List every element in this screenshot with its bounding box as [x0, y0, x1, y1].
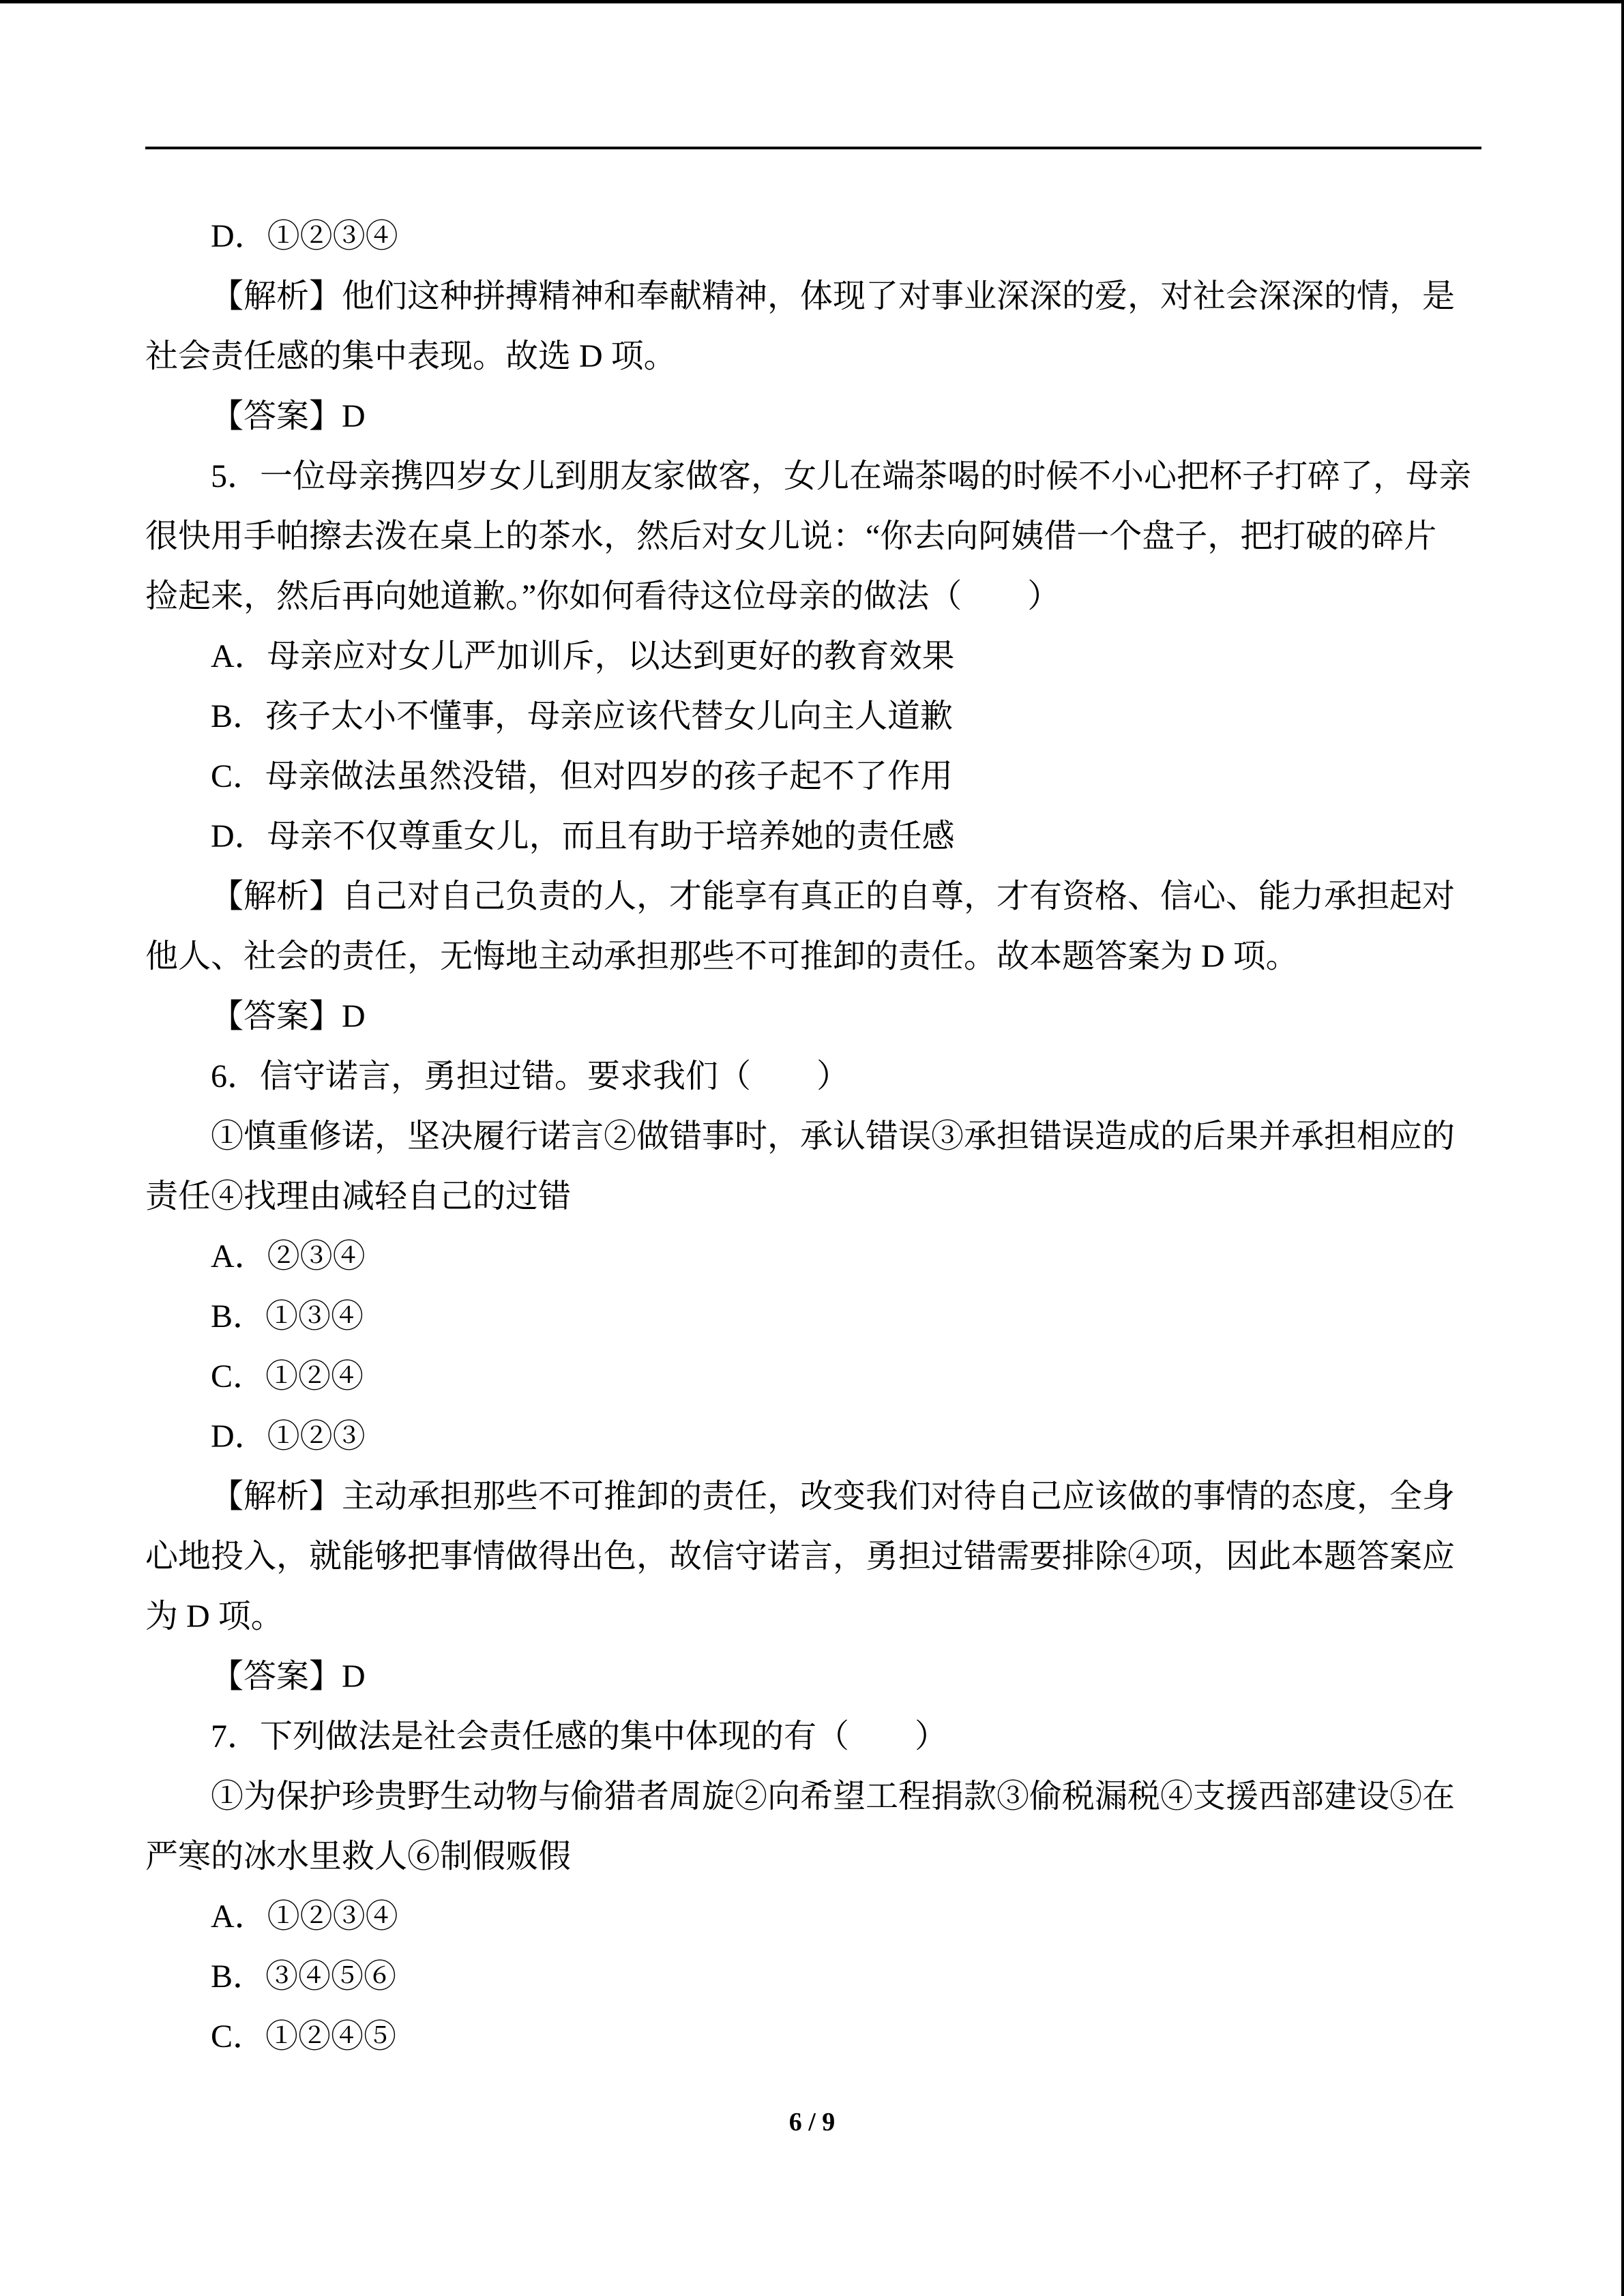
q6-analysis-line-2: 心地投入，就能够把事情做得出色，故信守诺言，勇担过错需要排除④项，因此本题答案应 — [145, 1527, 1481, 1587]
q4-option-d: D．①②③④ — [145, 207, 1481, 267]
q5-stem-line-2: 很快用手帕擦去泼在桌上的茶水，然后对女儿说：“你去向阿姨借一个盘子，把打破的碎片 — [145, 507, 1481, 567]
q5-answer: 【答案】D — [145, 987, 1481, 1047]
q7-option-a: A．①②③④ — [145, 1887, 1481, 1947]
q6-items-line-2: 责任④找理由减轻自己的过错 — [145, 1167, 1481, 1227]
page-footer: 6 / 9 — [0, 2107, 1624, 2137]
q5-stem-line-1: 5．一位母亲携四岁女儿到朋友家做客，女儿在端茶喝的时候不小心把杯子打碎了，母亲 — [145, 447, 1481, 507]
q4-analysis-line-1: 【解析】他们这种拼搏精神和奉献精神，体现了对事业深深的爱，对社会深深的情，是 — [145, 267, 1481, 327]
header-rule — [145, 147, 1481, 149]
q4-analysis-line-2: 社会责任感的集中表现。故选 D 项。 — [145, 327, 1481, 387]
q6-option-b: B．①③④ — [145, 1287, 1481, 1347]
q6-answer: 【答案】D — [145, 1647, 1481, 1707]
q6-option-d: D．①②③ — [145, 1407, 1481, 1467]
q7-stem: 7．下列做法是社会责任感的集中体现的有（ ） — [145, 1707, 1481, 1767]
page-right-border — [1621, 0, 1624, 2296]
q6-analysis-line-3: 为 D 项。 — [145, 1587, 1481, 1647]
q5-analysis-line-2: 他人、社会的责任，无悔地主动承担那些不可推卸的责任。故本题答案为 D 项。 — [145, 927, 1481, 987]
content-area: D．①②③④ 【解析】他们这种拼搏精神和奉献精神，体现了对事业深深的爱，对社会深… — [145, 207, 1481, 2067]
q5-analysis-line-1: 【解析】自己对自己负责的人，才能享有真正的自尊，才有资格、信心、能力承担起对 — [145, 867, 1481, 927]
q5-option-a: A．母亲应对女儿严加训斥，以达到更好的教育效果 — [145, 627, 1481, 687]
q6-option-a: A．②③④ — [145, 1227, 1481, 1287]
q5-stem-line-3: 捡起来，然后再向她道歉。”你如何看待这位母亲的做法（ ） — [145, 567, 1481, 627]
q6-analysis-line-1: 【解析】主动承担那些不可推卸的责任，改变我们对待自己应该做的事情的态度，全身 — [145, 1467, 1481, 1527]
q6-items-line-1: ①慎重修诺，坚决履行诺言②做错事时，承认错误③承担错误造成的后果并承担相应的 — [145, 1107, 1481, 1167]
q7-items-line-2: 严寒的冰水里救人⑥制假贩假 — [145, 1827, 1481, 1887]
q5-option-c: C．母亲做法虽然没错，但对四岁的孩子起不了作用 — [145, 747, 1481, 807]
q6-stem: 6．信守诺言，勇担过错。要求我们（ ） — [145, 1047, 1481, 1107]
q7-items-line-1: ①为保护珍贵野生动物与偷猎者周旋②向希望工程捐款③偷税漏税④支援西部建设⑤在 — [145, 1767, 1481, 1827]
q7-option-b: B．③④⑤⑥ — [145, 1947, 1481, 2007]
q7-option-c: C．①②④⑤ — [145, 2007, 1481, 2067]
q5-option-b: B．孩子太小不懂事，母亲应该代替女儿向主人道歉 — [145, 687, 1481, 747]
q5-option-d: D．母亲不仅尊重女儿，而且有助于培养她的责任感 — [145, 807, 1481, 867]
document-page: D．①②③④ 【解析】他们这种拼搏精神和奉献精神，体现了对事业深深的爱，对社会深… — [0, 0, 1624, 2296]
page-number: 6 / 9 — [789, 2108, 836, 2136]
page-top-border — [0, 0, 1624, 3]
q6-option-c: C．①②④ — [145, 1347, 1481, 1407]
q4-answer: 【答案】D — [145, 387, 1481, 447]
